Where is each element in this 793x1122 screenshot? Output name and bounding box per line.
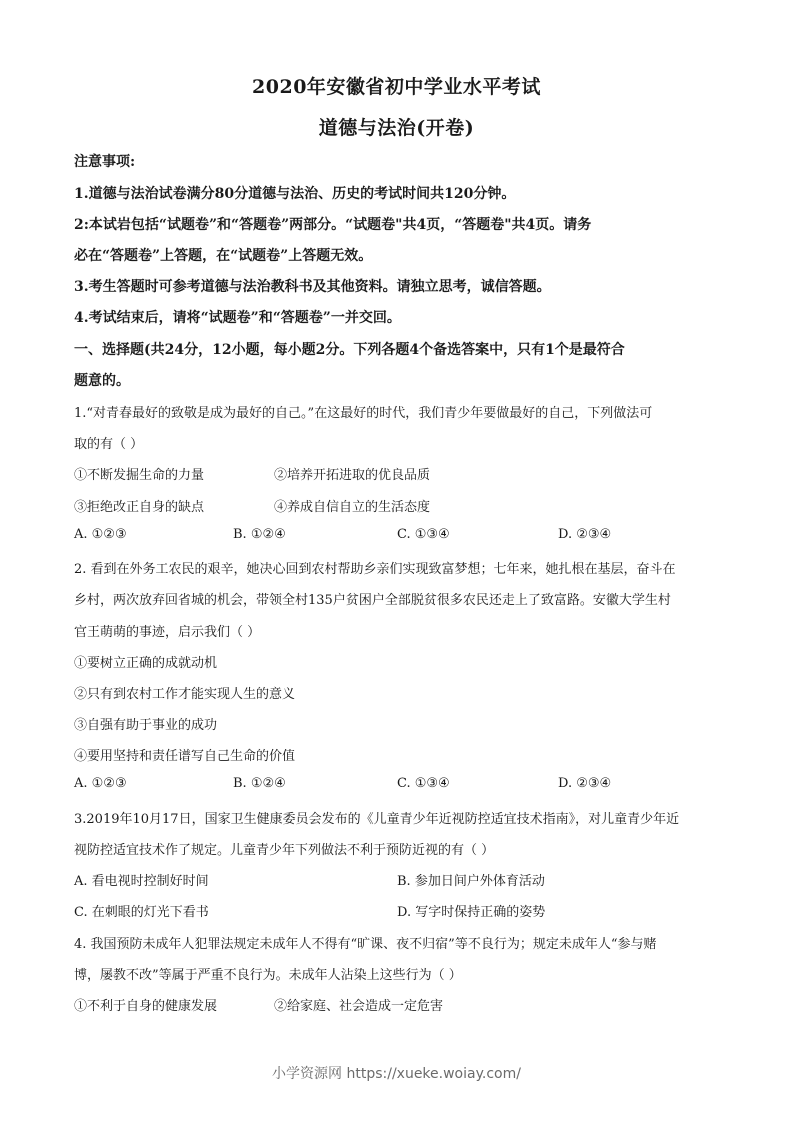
notice-item: 1.道德与法治试卷满分80分道德与法治、历史的考试时间共120分钟。 xyxy=(74,183,515,203)
question-4-text: 4. 我国预防未成年人犯罪法规定未成年人不得有“旷课、夜不归宿”等不良行为；规定… xyxy=(74,933,656,952)
question-1-statement: ②培养开拓进取的优良品质 xyxy=(274,464,430,483)
question-4-statement: ②给家庭、社会造成一定危害 xyxy=(274,995,443,1014)
question-3-text: 3.2019年10月17日，国家卫生健康委员会发布的《儿童青少年近视防控适宜技术… xyxy=(74,808,679,827)
question-3-choice-a: A. 看电视时控制好时间 xyxy=(74,870,209,889)
question-1-choice-a: A. ①②③ xyxy=(74,527,127,542)
question-3-choice-d: D. 写字时保持正确的姿势 xyxy=(397,901,545,920)
question-1-statement: ④养成自信自立的生活态度 xyxy=(274,496,430,515)
question-1-choice-d: D. ②③④ xyxy=(558,527,611,542)
question-2-statement: ②只有到农村工作才能实现人生的意义 xyxy=(74,683,295,702)
question-2-choice-a: A. ①②③ xyxy=(74,776,127,791)
question-2-statement: ③自强有助于事业的成功 xyxy=(74,714,217,733)
notice-item: 4.考试结束后，请将“试题卷”和“答题卷”一并交回。 xyxy=(74,307,401,327)
notice-item: 必在“答题卷”上答题，在“试题卷”上答题无效。 xyxy=(74,245,372,265)
section-heading: 一、选择题(共24分，12小题，每小题2分。下列各题4个备选答案中，只有1个是最… xyxy=(74,339,625,359)
question-2-statement: ④要用坚持和责任谱写自己生命的价值 xyxy=(74,745,295,764)
exam-title: 2020年安徽省初中学业水平考试 xyxy=(0,72,793,99)
question-2-text: 2. 看到在外务工农民的艰辛，她决心回到农村帮助乡亲们实现致富梦想；七年来，她扎… xyxy=(74,558,676,577)
question-3-choice-c: C. 在刺眼的灯光下看书 xyxy=(74,901,209,920)
exam-subtitle: 道德与法治(开卷) xyxy=(0,113,793,140)
question-2-choice-d: D. ②③④ xyxy=(558,776,611,791)
question-1-statement: ③拒绝改正自身的缺点 xyxy=(74,496,204,515)
footer-watermark: 小学资源网 https://xueke.woiay.com/ xyxy=(0,1063,793,1083)
question-2-statement: ①要树立正确的成就动机 xyxy=(74,652,217,671)
question-3-text: 视防控适宜技术作了规定。儿童青少年下列做法不利于预防近视的有（ ） xyxy=(74,839,494,858)
question-1-statement: ①不断发掘生命的力量 xyxy=(74,464,204,483)
question-4-statement: ①不利于自身的健康发展 xyxy=(74,995,217,1014)
question-3-choice-b: B. 参加日间户外体育活动 xyxy=(397,870,545,889)
question-1-choice-c: C. ①③④ xyxy=(397,527,450,542)
question-4-text: 博，屡教不改”等属于严重不良行为。未成年人沾染上这些行为（ ） xyxy=(74,964,462,983)
question-1-text: 1.“对青春最好的致敬是成为最好的自己。”在这最好的时代，我们青少年要做最好的自… xyxy=(74,402,652,421)
question-2-text: 乡村，两次放弃回省城的机会，带领全村135户贫困户全部脱贫很多农民还走上了致富路… xyxy=(74,589,671,608)
notice-heading: 注意事项: xyxy=(74,151,135,171)
section-heading: 题意的。 xyxy=(74,370,130,390)
question-2-choice-c: C. ①③④ xyxy=(397,776,450,791)
notice-item: 2:本试岩包括“试题卷”和“答题卷”两部分。“试题卷"共4页，“答题卷"共4页。… xyxy=(74,214,591,234)
question-2-choice-b: B. ①②④ xyxy=(233,776,286,791)
question-1-text: 取的有（ ） xyxy=(74,433,143,452)
question-1-choice-b: B. ①②④ xyxy=(233,527,286,542)
question-2-text: 官王萌萌的事迹，启示我们（ ） xyxy=(74,621,260,640)
notice-item: 3.考生答题时可参考道德与法治教科书及其他资料。请独立思考，诚信答题。 xyxy=(74,276,551,296)
